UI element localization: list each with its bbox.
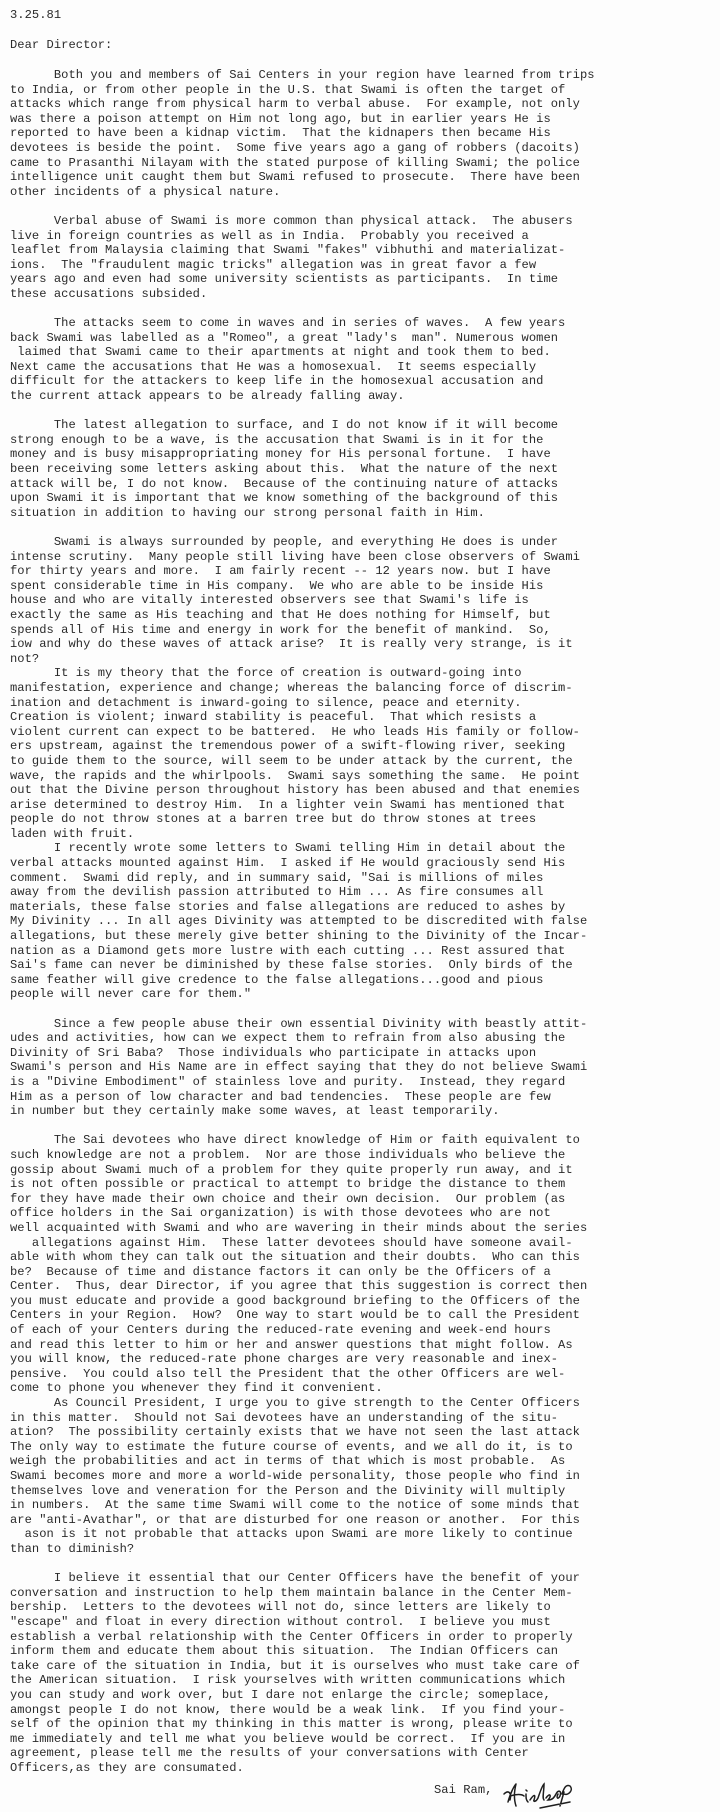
- text-line: these accusations subsided.: [10, 287, 715, 302]
- text-line: laden with fruit.: [10, 827, 715, 842]
- text-line: Next came the accusations that He was a …: [10, 360, 715, 375]
- text-line: themselves love and veneration for the P…: [10, 1484, 715, 1499]
- text-line: the current attack appears to be already…: [10, 389, 715, 404]
- text-line: bership. Letters to the devotees will no…: [10, 1600, 715, 1615]
- text-line: weigh the probabilities and act in terms…: [10, 1454, 715, 1469]
- text-line: come to phone you whenever they find it …: [10, 1381, 715, 1396]
- text-line: wave, the rapids and the whirlpools. Swa…: [10, 769, 715, 784]
- text-line: ason is it not probable that attacks upo…: [10, 1527, 715, 1542]
- text-line: laimed that Swami came to their apartmen…: [10, 345, 715, 360]
- text-line: strong enough to be a wave, is the accus…: [10, 433, 715, 448]
- text-line: conversation and instruction to help the…: [10, 1586, 715, 1601]
- letter-page: 3.25.81 Dear Director: Both you and memb…: [0, 0, 720, 1812]
- text-line: reported to have been a kidnap victim. T…: [10, 126, 715, 141]
- text-line: to guide them to the source, will seem t…: [10, 754, 715, 769]
- text-line: Verbal abuse of Swami is more common tha…: [10, 214, 715, 229]
- text-line: take care of the situation in India, but…: [10, 1659, 715, 1674]
- text-line: comment. Swami did reply, and in summary…: [10, 871, 715, 886]
- text-line: and read this letter to him or her and a…: [10, 1338, 715, 1353]
- text-line: pensive. You could also tell the Preside…: [10, 1367, 715, 1382]
- text-line: are "anti-Avathar", or that are disturbe…: [10, 1513, 715, 1528]
- text-line: establish a verbal relationship with the…: [10, 1630, 715, 1645]
- text-line: ation? The possibility certainly exists …: [10, 1425, 715, 1440]
- text-line: verbal attacks mounted against Him. I as…: [10, 856, 715, 871]
- letter-paragraph: Both you and members of Sai Centers in y…: [10, 68, 715, 199]
- text-line: As Council President, I urge you to give…: [10, 1396, 715, 1411]
- text-line: house and who are vitally interested obs…: [10, 593, 715, 608]
- text-line: leaflet from Malaysia claiming that Swam…: [10, 243, 715, 258]
- text-line: for thirty years and more. I am fairly r…: [10, 564, 715, 579]
- text-line: upon Swami it is important that we know …: [10, 491, 715, 506]
- text-line: other incidents of a physical nature.: [10, 185, 715, 200]
- text-line: violent current can expect to be battere…: [10, 725, 715, 740]
- text-line: you must educate and provide a good back…: [10, 1294, 715, 1309]
- letter-paragraph: It is my theory that the force of creati…: [10, 666, 715, 841]
- text-line: came to Prasanthi Nilayam with the state…: [10, 156, 715, 171]
- text-line: Since a few people abuse their own essen…: [10, 1017, 715, 1032]
- text-line: ions. The "fraudulent magic tricks" alle…: [10, 258, 715, 273]
- text-line: allegations, but these merely give bette…: [10, 929, 715, 944]
- letter-paragraph: The latest allegation to surface, and I …: [10, 418, 715, 520]
- text-line: back Swami was labelled as a "Romeo", a …: [10, 331, 715, 346]
- text-line: "escape" and float in every direction wi…: [10, 1615, 715, 1630]
- text-line: than to diminish?: [10, 1542, 715, 1557]
- text-line: udes and activities, how can we expect t…: [10, 1031, 715, 1046]
- letter-paragraph: The Sai devotees who have direct knowled…: [10, 1133, 715, 1396]
- letter-body: Both you and members of Sai Centers in y…: [10, 68, 715, 1775]
- text-line: money and is busy misappropriating money…: [10, 447, 715, 462]
- letter-date: 3.25.81: [10, 8, 61, 23]
- text-line: Both you and members of Sai Centers in y…: [10, 68, 715, 83]
- salutation: Dear Director:: [10, 38, 112, 53]
- text-line: not?: [10, 652, 715, 667]
- text-line: ers upstream, against the tremendous pow…: [10, 739, 715, 754]
- text-line: in this matter. Should not Sai devotees …: [10, 1411, 715, 1426]
- text-line: you will know, the reduced-rate phone ch…: [10, 1352, 715, 1367]
- text-line: Swami's person and His Name are in effec…: [10, 1060, 715, 1075]
- text-line: been receiving some letters asking about…: [10, 462, 715, 477]
- text-line: is a "Divine Embodiment" of stainless lo…: [10, 1075, 715, 1090]
- text-line: Swami becomes more and more a world-wide…: [10, 1469, 715, 1484]
- text-line: well acquainted with Swami and who are w…: [10, 1221, 715, 1236]
- text-line: office holders in the Sai organization) …: [10, 1206, 715, 1221]
- text-line: The attacks seem to come in waves and in…: [10, 316, 715, 331]
- letter-paragraph: As Council President, I urge you to give…: [10, 1396, 715, 1557]
- text-line: It is my theory that the force of creati…: [10, 666, 715, 681]
- text-line: devotees is beside the point. Some five …: [10, 141, 715, 156]
- text-line: spent considerable time in His company. …: [10, 579, 715, 594]
- letter-paragraph: I believe it essential that our Center O…: [10, 1571, 715, 1775]
- text-line: self of the opinion that my thinking in …: [10, 1717, 715, 1732]
- text-line: Center. Thus, dear Director, if you agre…: [10, 1279, 715, 1294]
- text-line: difficult for the attackers to keep life…: [10, 374, 715, 389]
- text-line: same feather will give credence to the f…: [10, 973, 715, 988]
- text-line: in number but they certainly make some w…: [10, 1104, 715, 1119]
- text-line: manifestation, experience and change; wh…: [10, 681, 715, 696]
- text-line: for they have made their own choice and …: [10, 1192, 715, 1207]
- text-line: I believe it essential that our Center O…: [10, 1571, 715, 1586]
- text-line: attacks which range from physical harm t…: [10, 97, 715, 112]
- text-line: was there a poison attempt on Him not lo…: [10, 112, 715, 127]
- text-line: allegations against Him. These latter de…: [10, 1236, 715, 1251]
- text-line: in numbers. At the same time Swami will …: [10, 1498, 715, 1513]
- text-line: arise determined to destroy Him. In a li…: [10, 798, 715, 813]
- closing: Sai Ram,: [434, 1783, 492, 1798]
- text-line: out that the Divine person throughout hi…: [10, 783, 715, 798]
- text-line: Him as a person of low character and bad…: [10, 1090, 715, 1105]
- text-line: Creation is violent; inward stability is…: [10, 710, 715, 725]
- letter-paragraph: Swami is always surrounded by people, an…: [10, 535, 715, 666]
- text-line: exactly the same as His teaching and tha…: [10, 608, 715, 623]
- letter-paragraph: I recently wrote some letters to Swami t…: [10, 841, 715, 1002]
- text-line: attack will be, I do not know. Because o…: [10, 477, 715, 492]
- text-line: the American situation. I risk yourselve…: [10, 1673, 715, 1688]
- text-line: I recently wrote some letters to Swami t…: [10, 841, 715, 856]
- text-line: you can study and work over, but I dare …: [10, 1688, 715, 1703]
- text-line: Divinity of Sri Baba? Those individuals …: [10, 1046, 715, 1061]
- text-line: of each of your Centers during the reduc…: [10, 1323, 715, 1338]
- text-line: materials, these false stories and false…: [10, 900, 715, 915]
- handwritten-signature: Hislop: [500, 1780, 600, 1812]
- text-line: to India, or from other people in the U.…: [10, 83, 715, 98]
- text-line: iow and why do these waves of attack ari…: [10, 637, 715, 652]
- text-line: The Sai devotees who have direct knowled…: [10, 1133, 715, 1148]
- text-line: Sai's fame can never be diminished by th…: [10, 958, 715, 973]
- text-line: is not often possible or practical to at…: [10, 1177, 715, 1192]
- letter-paragraph: The attacks seem to come in waves and in…: [10, 316, 715, 404]
- text-line: Swami is always surrounded by people, an…: [10, 535, 715, 550]
- text-line: able with whom they can talk out the sit…: [10, 1250, 715, 1265]
- text-line: The latest allegation to surface, and I …: [10, 418, 715, 433]
- text-line: inform them and educate them about this …: [10, 1644, 715, 1659]
- text-line: away from the devilish passion attribute…: [10, 885, 715, 900]
- text-line: gossip about Swami much of a problem for…: [10, 1163, 715, 1178]
- text-line: live in foreign countries as well as in …: [10, 229, 715, 244]
- text-line: The only way to estimate the future cour…: [10, 1440, 715, 1455]
- text-line: me immediately and tell me what you beli…: [10, 1732, 715, 1747]
- text-line: Officers,as they are consumated.: [10, 1761, 715, 1776]
- text-line: be? Because of time and distance factors…: [10, 1265, 715, 1280]
- text-line: people do not throw stones at a barren t…: [10, 812, 715, 827]
- text-line: situation in addition to having our stro…: [10, 506, 715, 521]
- text-line: nation as a Diamond gets more lustre wit…: [10, 944, 715, 959]
- text-line: Centers in your Region. How? One way to …: [10, 1308, 715, 1323]
- letter-paragraph: Verbal abuse of Swami is more common tha…: [10, 214, 715, 302]
- letter-paragraph: Since a few people abuse their own essen…: [10, 1017, 715, 1119]
- text-line: amongst people I do not know, there woul…: [10, 1703, 715, 1718]
- text-line: people will never care for them.": [10, 987, 715, 1002]
- text-line: intense scrutiny. Many people still livi…: [10, 550, 715, 565]
- text-line: agreement, please tell me the results of…: [10, 1746, 715, 1761]
- text-line: spends all of His time and energy in wor…: [10, 623, 715, 638]
- text-line: intelligence unit caught them but Swami …: [10, 170, 715, 185]
- text-line: My Divinity ... In all ages Divinity was…: [10, 914, 715, 929]
- text-line: ination and detachment is inward-going t…: [10, 696, 715, 711]
- text-line: such knowledge are not a problem. Nor ar…: [10, 1148, 715, 1163]
- text-line: years ago and even had some university s…: [10, 272, 715, 287]
